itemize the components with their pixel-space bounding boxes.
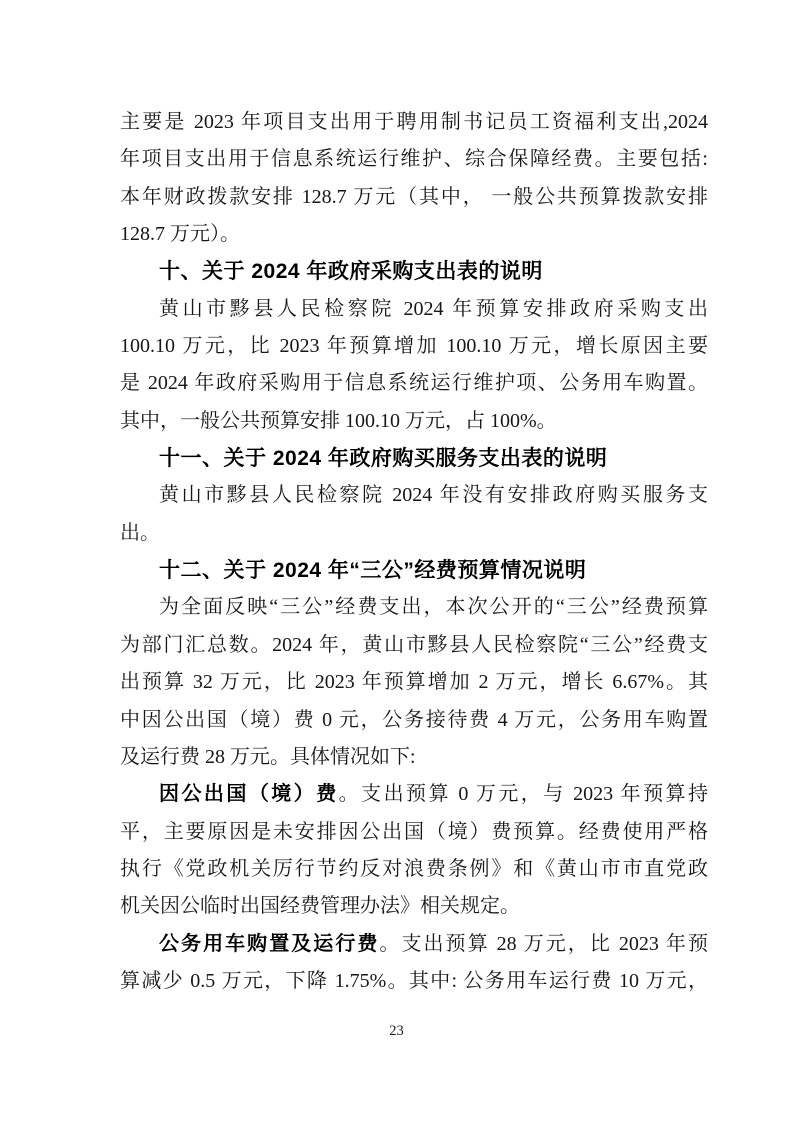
paragraph-line: 因公出国（境）费。支出预算 0 万元，与 2023 年预算持 (120, 776, 708, 813)
paragraph-line: 平，主要原因是未安排因公出国（境）费预算。经费使用严格 (120, 814, 708, 851)
section-heading-12: 十二、关于 2024 年“三公”经费预算情况说明 (120, 552, 708, 589)
paragraph-line: 年项目支出用于信息系统运行维护、综合保障经费。主要包括: (120, 141, 708, 178)
paragraph-line: 主要是 2023 年项目支出用于聘用制书记员工资福利支出,2024 (120, 104, 708, 141)
paragraph-text: 。支出预算 0 万元，与 2023 年预算持 (339, 783, 708, 805)
paragraph-line: 公务用车购置及运行费。支出预算 28 万元，比 2023 年预 (120, 926, 708, 963)
paragraph-line: 其中，一般公共预算安排 100.10 万元，占 100%。 (120, 403, 708, 440)
paragraph-text: 。支出预算 28 万元，比 2023 年预 (379, 933, 708, 955)
paragraph-line: 黄山市黟县人民检察院 2024 年没有安排政府购买服务支 (120, 477, 708, 514)
paragraph-line: 出。 (120, 515, 708, 552)
paragraph-line: 为部门汇总数。2024 年，黄山市黟县人民检察院“三公”经费支 (120, 627, 708, 664)
paragraph-line: 128.7 万元）。 (120, 216, 708, 253)
paragraph-line: 中因公出国（境）费 0 元，公务接待费 4 万元，公务用车购置 (120, 702, 708, 739)
section-heading-11: 十一、关于 2024 年政府购买服务支出表的说明 (120, 440, 708, 477)
paragraph-line: 算减少 0.5 万元，下降 1.75%。其中: 公务用车运行费 10 万元， (120, 963, 708, 1000)
page-number: 23 (0, 1021, 793, 1041)
paragraph-line: 机关因公临时出国经费管理办法》相关规定。 (120, 888, 708, 925)
document-page: 主要是 2023 年项目支出用于聘用制书记员工资福利支出,2024 年项目支出用… (0, 0, 793, 1122)
paragraph-line: 及运行费 28 万元。具体情况如下: (120, 739, 708, 776)
paragraph-line: 执行《党政机关厉行节约反对浪费条例》和《黄山市市直党政 (120, 851, 708, 888)
paragraph-line: 为全面反映“三公”经费支出，本次公开的“三公”经费预算 (120, 589, 708, 626)
document-body: 主要是 2023 年项目支出用于聘用制书记员工资福利支出,2024 年项目支出用… (120, 104, 708, 1000)
paragraph-line: 黄山市黟县人民检察院 2024 年预算安排政府采购支出 (120, 291, 708, 328)
paragraph-line: 出预算 32 万元，比 2023 年预算增加 2 万元，增长 6.67%。其 (120, 664, 708, 701)
section-heading-10: 十、关于 2024 年政府采购支出表的说明 (120, 253, 708, 290)
term-abroad-expense: 因公出国（境）费 (159, 783, 339, 805)
paragraph-line: 本年财政拨款安排 128.7 万元（其中， 一般公共预算拨款安排 (120, 179, 708, 216)
paragraph-line: 100.10 万元，比 2023 年预算增加 100.10 万元，增长原因主要 (120, 328, 708, 365)
term-official-vehicle-expense: 公务用车购置及运行费 (159, 933, 379, 955)
paragraph-line: 是 2024 年政府采购用于信息系统运行维护项、公务用车购置。 (120, 365, 708, 402)
